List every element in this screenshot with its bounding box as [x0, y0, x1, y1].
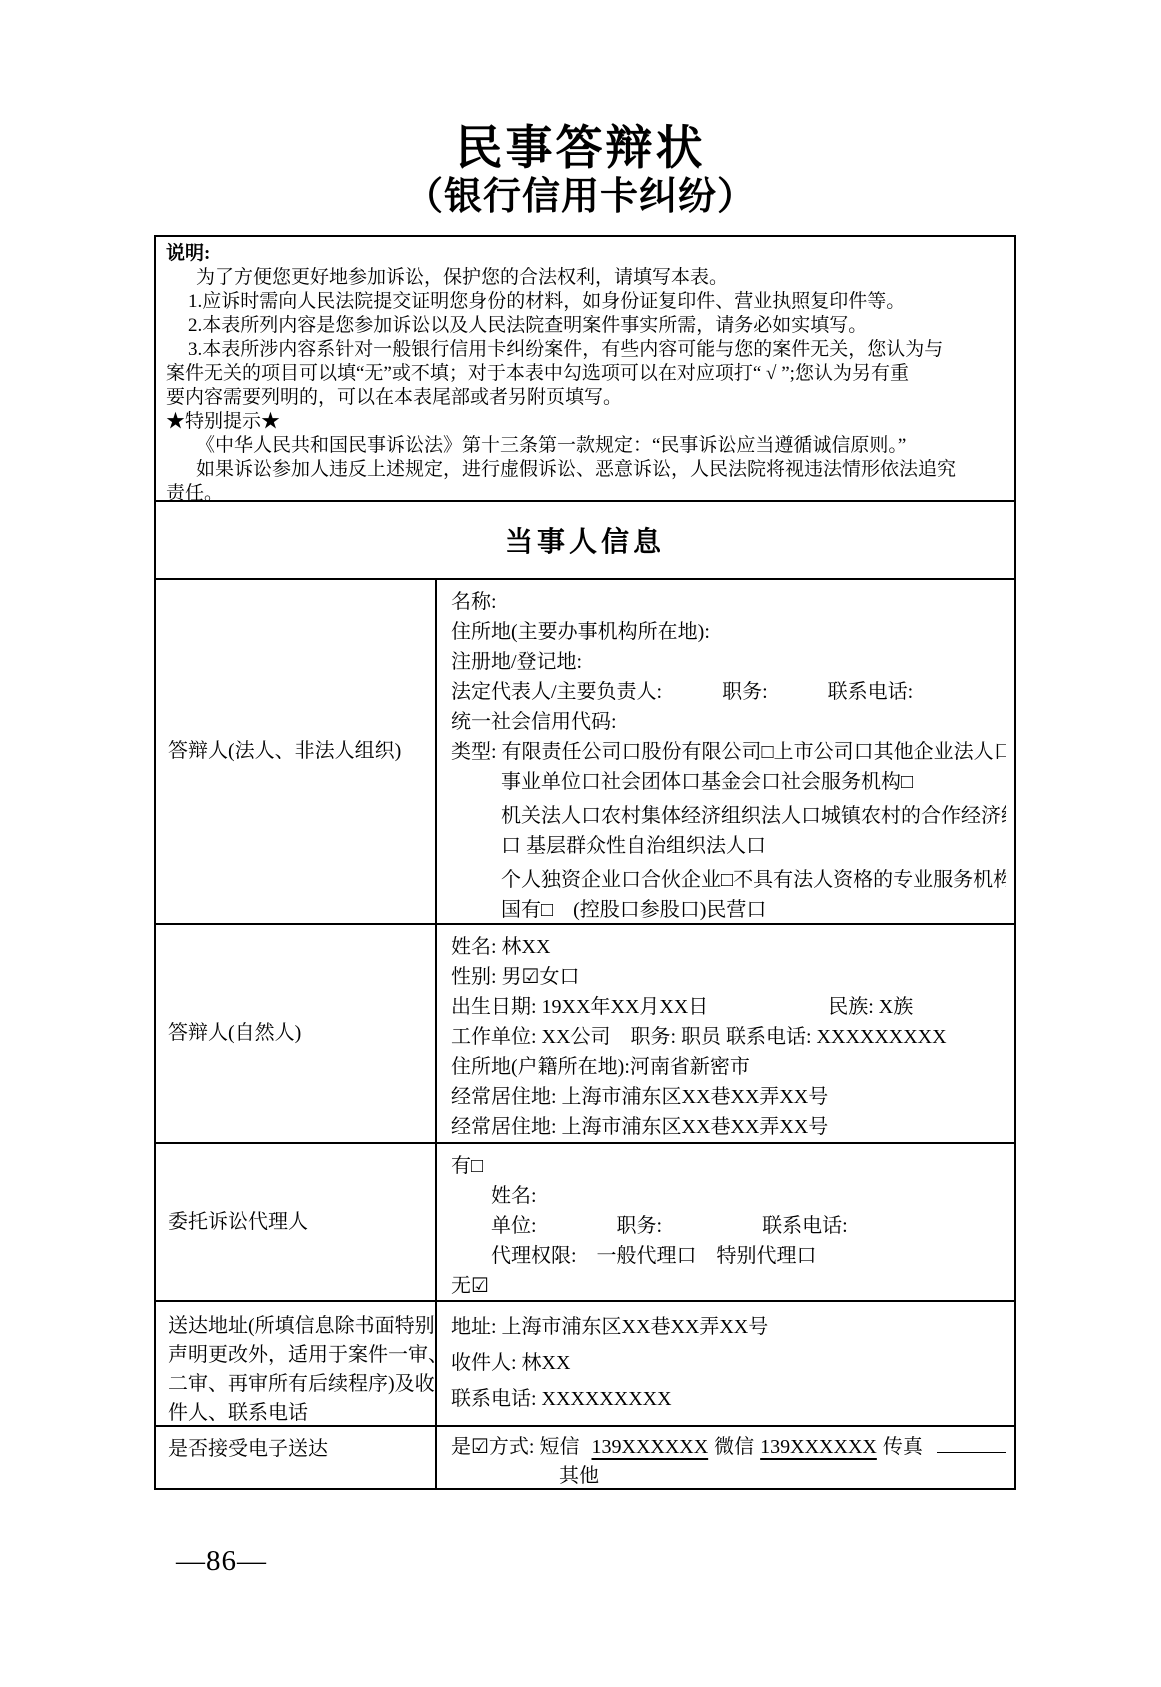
sms-number: 139XXXXXX [592, 1436, 709, 1458]
row-service-address: 送达地址(所填信息除书面特别 声明更改外，适用于案件一审、 二审、再审所有后续程… [156, 1300, 1014, 1425]
instructions-line: 1.应诉时需向人民法院提交证明您身份的材料，如身份证复印件、营业执照复印件等。 [166, 290, 1004, 314]
field-agent-unit: 单位: 职务: 联系电话: [451, 1211, 1006, 1241]
special-notice-heading: ★特别提示★ [166, 410, 1004, 434]
field-person-name: 姓名: 林XX [451, 932, 1006, 962]
instructions-line: 2.本表所列内容是您参加诉讼以及人民法院查明案件事实所需，请务必如实填写。 [166, 314, 1004, 338]
instructions-heading: 说明: [166, 242, 1004, 266]
field-entity-credit-code: 统一社会信用代码: [451, 707, 1006, 737]
field-person-birthdate: 出生日期: 19XX年XX月XX日 民族: X族 [451, 992, 1006, 1022]
field-entity-legal-representative: 法定代表人/主要负责人: 职务: 联系电话: [451, 677, 1006, 707]
document-subtitle: （银行信用卡纠纷） [0, 176, 1161, 218]
fax-label: 传真 [883, 1436, 923, 1458]
row-electronic-service: 是否接受电子送达 是☑方式: 短信139XXXXXX微信139XXXXXX传真邮… [156, 1425, 1014, 1488]
field-agent-has-checkbox: 有□ [451, 1151, 1006, 1181]
instructions-line: 《中华人民共和国民事诉讼法》第十三条第一款规定：“民事诉讼应当遵循诚信原则。” [166, 434, 1004, 458]
label-service-address: 送达地址(所填信息除书面特别 声明更改外，适用于案件一审、 二审、再审所有后续程… [156, 1302, 437, 1425]
field-entity-domicile: 住所地(主要办事机构所在地): [451, 617, 1006, 647]
field-entity-type-options: 国有□ (控股口参股口)民营口 [451, 895, 1006, 923]
wechat-number: 139XXXXXX [760, 1436, 877, 1458]
instructions-line: 3.本表所涉内容系针对一般银行信用卡纠纷案件，有些内容可能与您的案件无关，您认为… [166, 338, 1004, 362]
instructions-line: 为了方便您更好地参加诉讼，保护您的合法权利，请填写本表。 [166, 266, 1004, 290]
document-page: 民事答辩状 （银行信用卡纠纷） 说明: 为了方便您更好地参加诉讼，保护您的合法权… [0, 0, 1161, 1687]
content-electronic-service: 是☑方式: 短信139XXXXXX微信139XXXXXX传真邮箱 其他 [437, 1427, 1014, 1488]
field-electronic-other: 其他 [451, 1462, 1006, 1488]
field-agent-name: 姓名: [451, 1181, 1006, 1211]
field-agent-scope: 代理权限: 一般代理口 特别代理口 [451, 1241, 1006, 1271]
row-respondent-legal-entity: 答辩人(法人、非法人组织) 名称: 住所地(主要办事机构所在地): 注册地/登记… [156, 578, 1014, 923]
field-service-phone: 联系电话: XXXXXXXXX [451, 1381, 1006, 1417]
field-entity-type-options: 类型: 有限责任公司口股份有限公司□上市公司口其他企业法人口 [451, 737, 1006, 767]
field-person-gender: 性别: 男☑女口 [451, 962, 1006, 992]
electronic-yes-checkbox: 是☑方式: 短信 [451, 1436, 580, 1458]
content-service-address: 地址: 上海市浦东区XX巷XX弄XX号 收件人: 林XX 联系电话: XXXXX… [437, 1302, 1014, 1425]
content-litigation-agent: 有□ 姓名: 单位: 职务: 联系电话: 代理权限: 一般代理口 特别代理口 无… [437, 1144, 1014, 1300]
field-person-employer: 工作单位: XX公司 职务: 职员 联系电话: XXXXXXXXX [451, 1022, 1006, 1052]
content-respondent-natural-person: 姓名: 林XX 性别: 男☑女口 出生日期: 19XX年XX月XX日 民族: X… [437, 925, 1014, 1142]
field-entity-type-options: 事业单位口社会团体口基金会口社会服务机构□ [451, 767, 1006, 797]
field-person-residence: 经常居住地: 上海市浦东区XX巷XX弄XX号 [451, 1082, 1006, 1112]
label-respondent-legal-entity: 答辩人(法人、非法人组织) [156, 580, 437, 923]
field-person-domicile: 住所地(户籍所在地):河南省新密市 [451, 1052, 1006, 1082]
field-person-residence: 经常居住地: 上海市浦东区XX巷XX弄XX号 [451, 1112, 1006, 1142]
field-entity-type-options: 口 基层群众性自治组织法人口 [451, 831, 1006, 861]
field-electronic-methods: 是☑方式: 短信139XXXXXX微信139XXXXXX传真邮箱 [451, 1432, 1006, 1462]
document-title: 民事答辩状 [0, 124, 1161, 174]
form-container: 说明: 为了方便您更好地参加诉讼，保护您的合法权利，请填写本表。 1.应诉时需向… [154, 235, 1016, 1490]
party-info-header: 当事人信息 [156, 500, 1014, 578]
label-electronic-service: 是否接受电子送达 [156, 1427, 437, 1488]
field-entity-type-options: 个人独资企业口合伙企业□不具有法人资格的专业服务机构□ [451, 865, 1006, 895]
fax-blank-line [937, 1432, 1006, 1453]
field-entity-type-options: 机关法人口农村集体经济组织法人口城镇农村的合作经济组织法人 [451, 801, 1006, 831]
row-respondent-natural-person: 答辩人(自然人) 姓名: 林XX 性别: 男☑女口 出生日期: 19XX年XX月… [156, 923, 1014, 1142]
label-litigation-agent: 委托诉讼代理人 [156, 1144, 437, 1300]
instructions-line: 如果诉讼参加人违反上述规定，进行虚假诉讼、恶意诉讼，人民法院将视违法情形依法追究 [166, 458, 1004, 482]
instructions-line: 要内容需要列明的，可以在本表尾部或者另附页填写。 [166, 386, 1004, 410]
field-entity-registered-address: 注册地/登记地: [451, 647, 1006, 677]
field-service-address: 地址: 上海市浦东区XX巷XX弄XX号 [451, 1309, 1006, 1345]
wechat-label: 微信 [714, 1436, 754, 1458]
content-respondent-legal-entity: 名称: 住所地(主要办事机构所在地): 注册地/登记地: 法定代表人/主要负责人… [437, 580, 1014, 923]
instructions-line: 案件无关的项目可以填“无”或不填；对于本表中勾选项可以在对应项打“ √ ”;您认… [166, 362, 1004, 386]
row-litigation-agent: 委托诉讼代理人 有□ 姓名: 单位: 职务: 联系电话: 代理权限: 一般代理口… [156, 1142, 1014, 1300]
instructions-section: 说明: 为了方便您更好地参加诉讼，保护您的合法权利，请填写本表。 1.应诉时需向… [156, 237, 1014, 500]
field-entity-name: 名称: [451, 587, 1006, 617]
label-respondent-natural-person: 答辩人(自然人) [156, 925, 437, 1142]
field-service-recipient: 收件人: 林XX [451, 1345, 1006, 1381]
field-agent-none-checkbox: 无☑ [451, 1271, 1006, 1300]
page-number: —86— [176, 1545, 267, 1578]
